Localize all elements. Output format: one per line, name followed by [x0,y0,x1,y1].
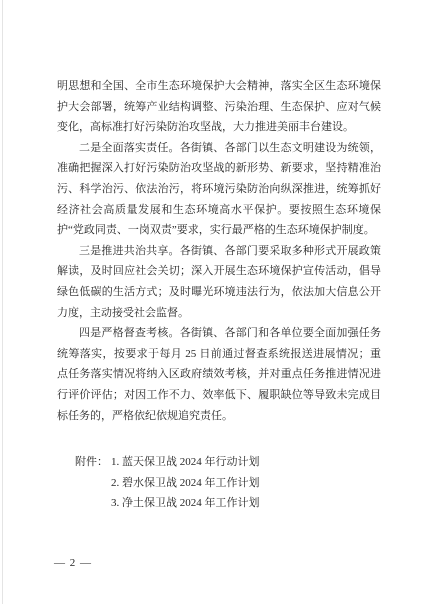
attachment-item: 1. 蓝天保卫战 2024 年行动计划 [111,452,260,473]
attachment-item: 3. 净土保卫战 2024 年工作计划 [111,493,260,514]
scan-edge-line [2,0,3,604]
attachment-item: 2. 碧水保卫战 2024 年工作计划 [111,473,260,494]
page-number: — 2 — [54,555,92,571]
attachments-label: 附件： [75,452,108,473]
paragraph-point-three: 三是推进共治共享。各街镇、各部门要采取多种形式开展政策解读，及时回应社会关切；深… [57,241,381,323]
paragraph-continuation: 明思想和全国、全市生态环境保护大会精神，落实全区生态环境保护大会部署，统筹产业结… [57,76,381,138]
attachments-block: 附件： 1. 蓝天保卫战 2024 年行动计划 2. 碧水保卫战 2024 年工… [75,452,260,514]
attachments-list: 1. 蓝天保卫战 2024 年行动计划 2. 碧水保卫战 2024 年工作计划 … [111,452,260,514]
paragraph-point-two: 二是全面落实责任。各街镇、各部门以生态文明建设为统领，准确把握深入打好污染防治攻… [57,138,381,241]
document-page: 明思想和全国、全市生态环境保护大会精神，落实全区生态环境保护大会部署，统筹产业结… [0,0,427,604]
paragraph-point-four: 四是严格督查考核。各街镇、各部门和各单位要全面加强任务统筹落实，按要求于每月 2… [57,323,381,426]
document-body: 明思想和全国、全市生态环境保护大会精神，落实全区生态环境保护大会部署，统筹产业结… [57,76,381,426]
